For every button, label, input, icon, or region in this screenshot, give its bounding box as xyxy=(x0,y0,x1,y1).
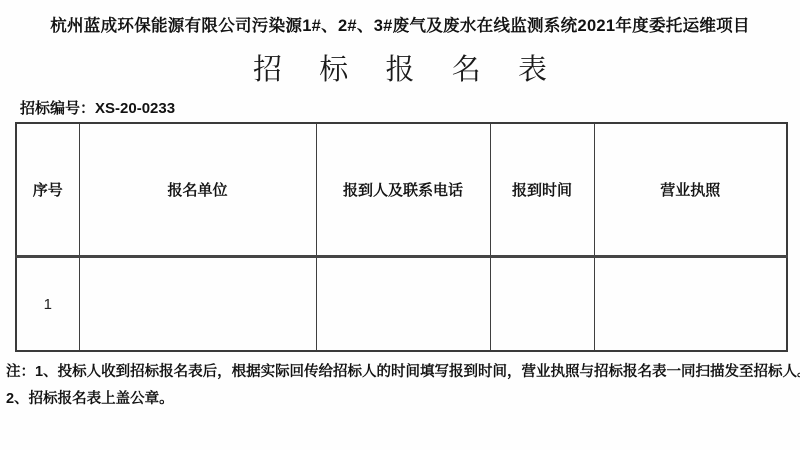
cell-contact xyxy=(316,257,490,352)
document-page: 杭州蓝成环保能源有限公司污染源1#、2#、3#废气及废水在线监测系统2021年度… xyxy=(0,0,800,450)
table-header-row: 序号 报名单位 报到人及联系电话 报到时间 营业执照 xyxy=(16,123,787,257)
table-row: 1 xyxy=(16,257,787,352)
cell-seq: 1 xyxy=(16,257,79,352)
bid-number-label: 招标编号： xyxy=(20,100,95,117)
cell-time xyxy=(490,257,594,352)
cell-license xyxy=(594,257,787,352)
project-title: 杭州蓝成环保能源有限公司污染源1#、2#、3#废气及废水在线监测系统2021年度… xyxy=(0,0,800,36)
registration-table: 序号 报名单位 报到人及联系电话 报到时间 营业执照 1 xyxy=(15,122,788,352)
header-cell-time: 报到时间 xyxy=(490,123,594,257)
header-cell-license: 营业执照 xyxy=(594,123,787,257)
bid-number-value: XS-20-0233 xyxy=(95,100,175,117)
header-cell-seq: 序号 xyxy=(16,123,79,257)
cell-company xyxy=(79,257,316,352)
footnotes: 注：1、投标人收到招标报名表后，根据实际回传给招标人的时间填写报到时间，营业执照… xyxy=(6,359,800,413)
form-title: 招 标 报 名 表 xyxy=(0,47,800,88)
header-cell-company: 报名单位 xyxy=(79,123,316,257)
note-line-2: 2、招标报名表上盖公章。 xyxy=(6,386,800,413)
bid-number: 招标编号：XS-20-0233 xyxy=(20,97,800,118)
header-cell-contact: 报到人及联系电话 xyxy=(316,123,490,257)
note-line-1: 注：1、投标人收到招标报名表后，根据实际回传给招标人的时间填写报到时间，营业执照… xyxy=(6,359,800,386)
